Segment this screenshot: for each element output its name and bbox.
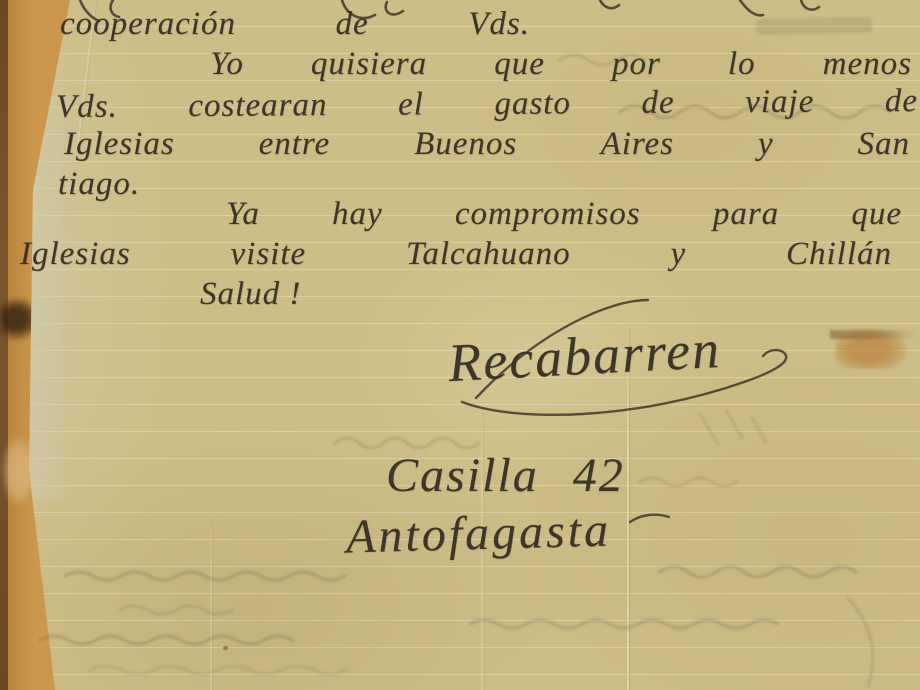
letter-scan: cooperación de Vds. Yo quisiera que por … (0, 0, 920, 690)
address-line-casilla: Casilla 42 (386, 448, 625, 503)
rust-stain-streak (830, 330, 918, 339)
letter-line-3: Vds. costearan el gasto de viaje de (56, 83, 918, 126)
letter-line-salud: Salud ! (200, 276, 301, 313)
board-dark-edge (0, 0, 8, 690)
letter-line-5: tiago. (58, 166, 140, 203)
letter-line-4: Iglesias entre Buenos Aires y San (64, 126, 910, 163)
address-line-antofagasta: Antofagasta (345, 503, 611, 565)
letter-line-7: Iglesias visite Talcahuano y Chillán (20, 236, 892, 273)
letter-line-1: cooperación de Vds. (60, 6, 530, 43)
letter-line-6: Ya hay compromisos para que (226, 196, 902, 233)
letter-line-2: Yo quisiera que por lo menos (210, 46, 912, 83)
vertical-fold-crease (210, 520, 212, 690)
paper-speck (223, 646, 228, 650)
